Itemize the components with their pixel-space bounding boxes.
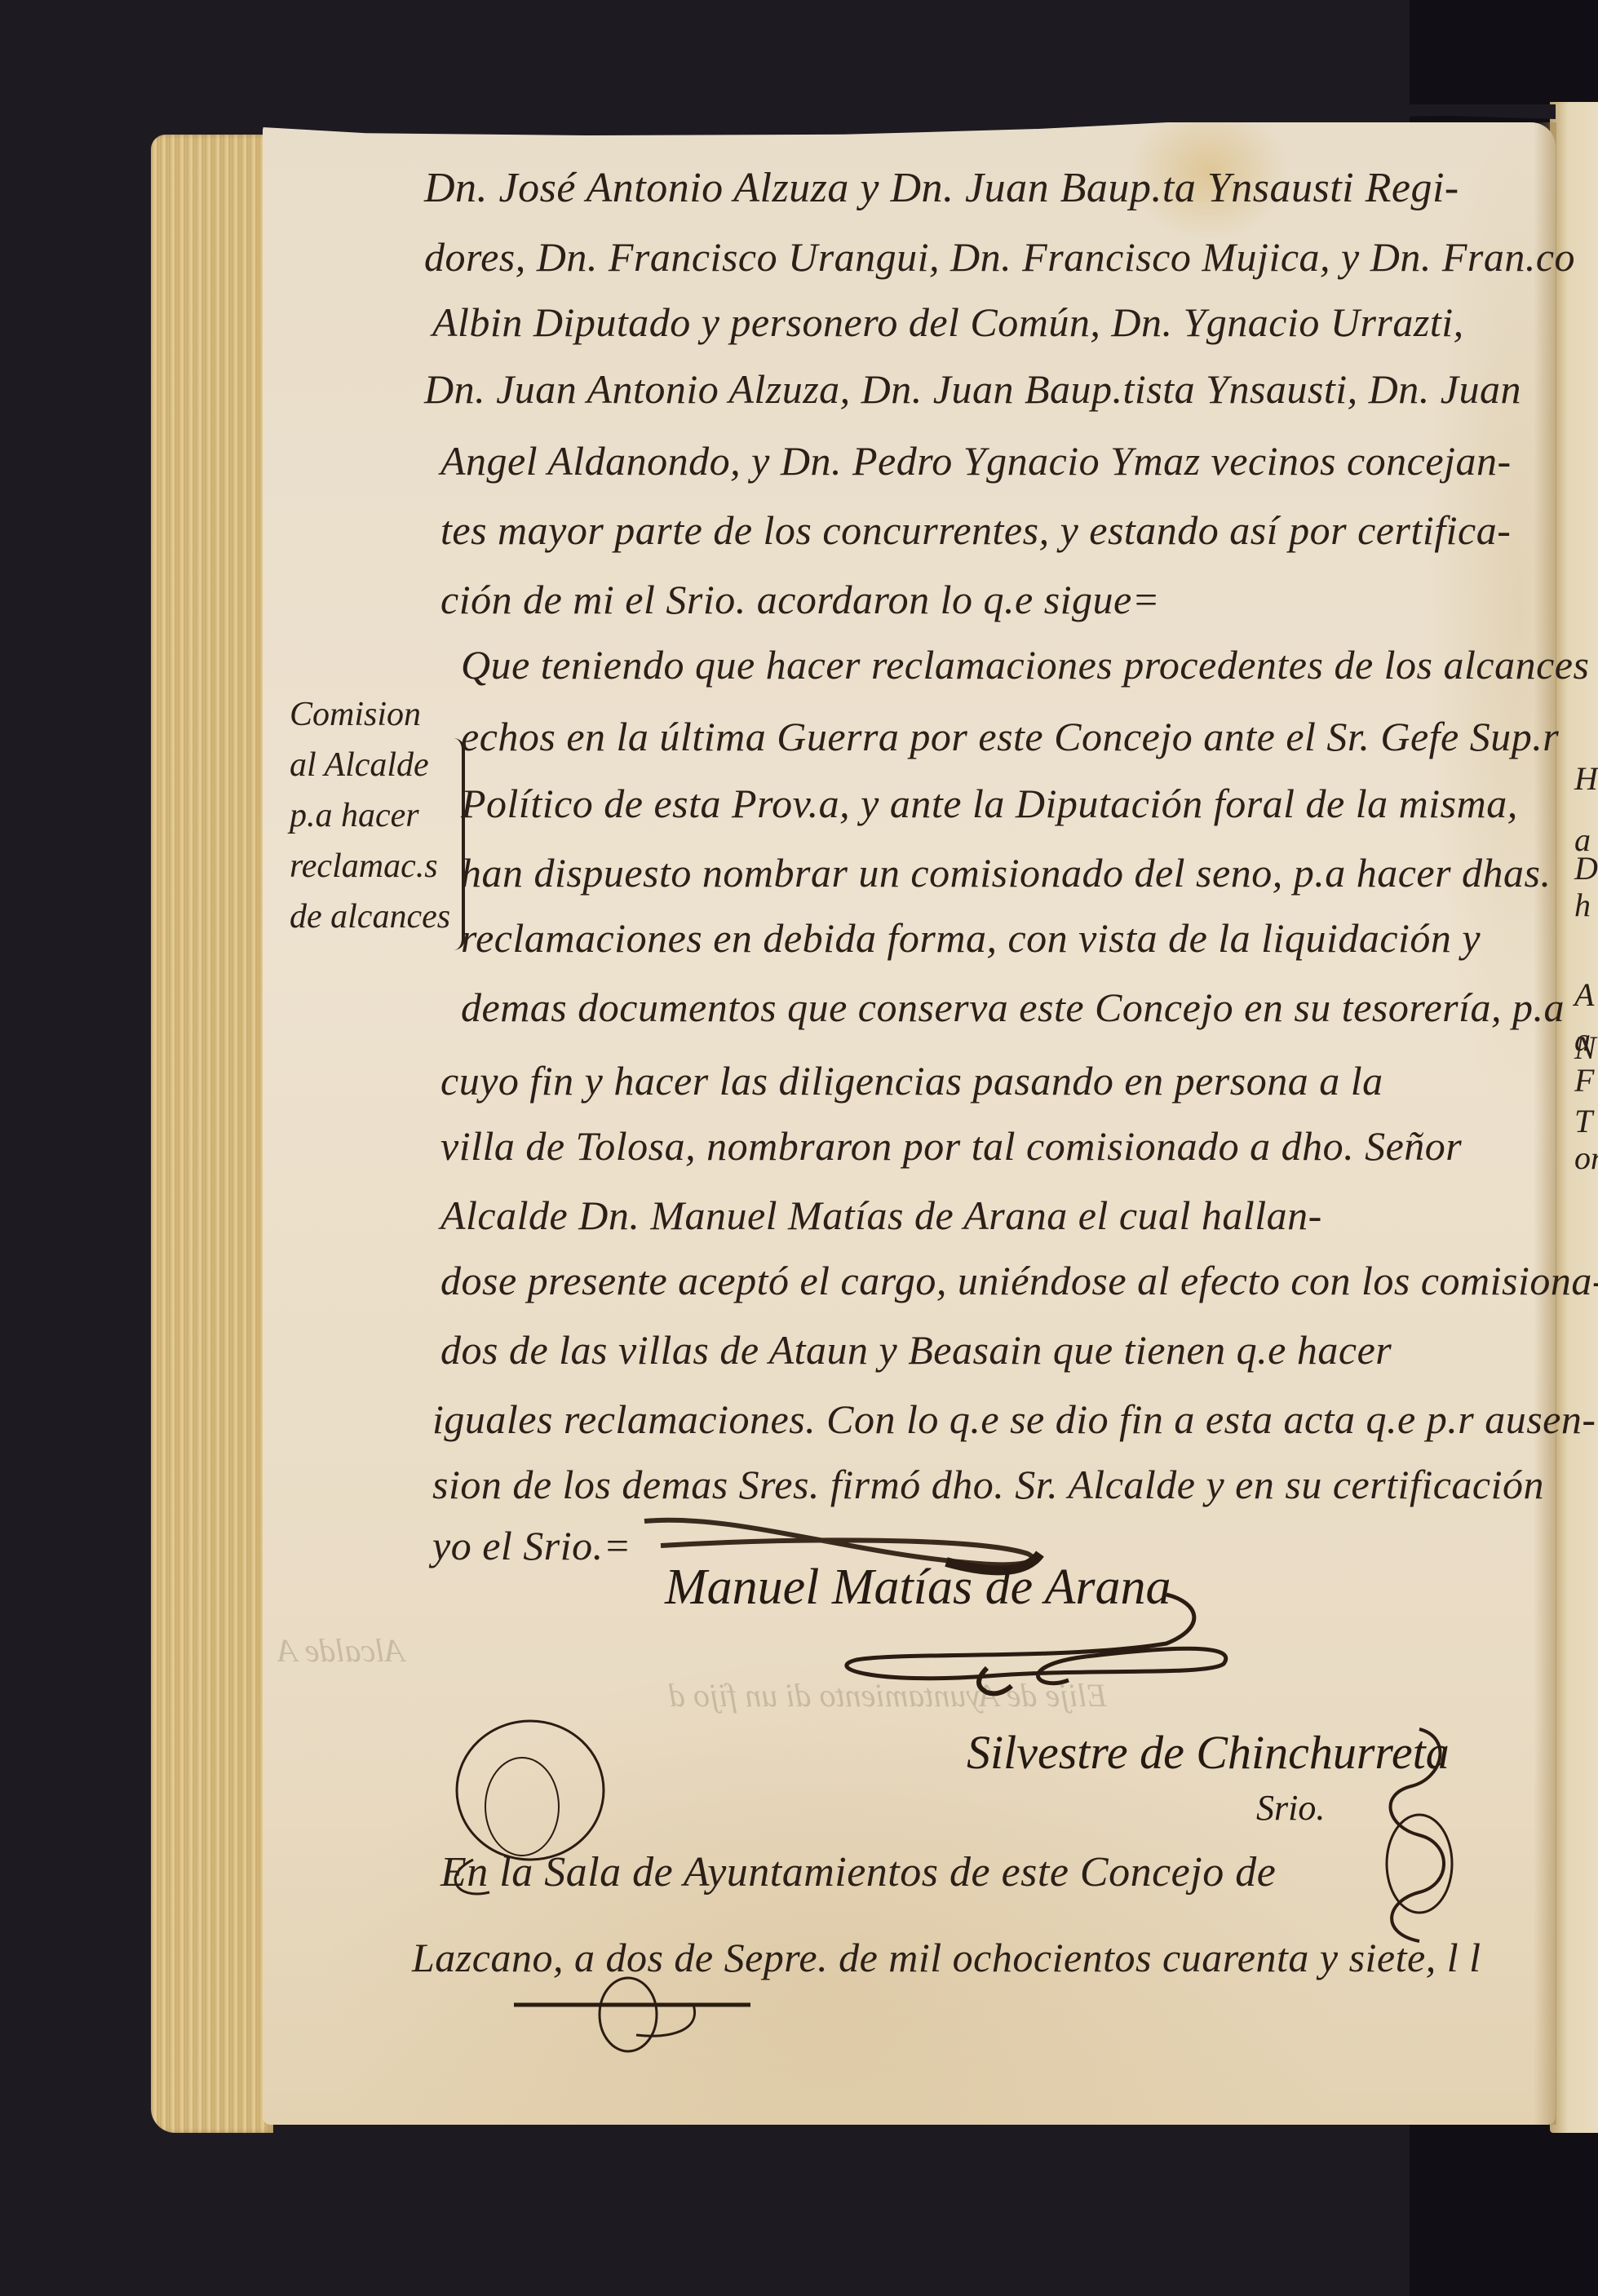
gutter-shadow bbox=[1534, 122, 1556, 2125]
margin-note-line: de alcances bbox=[290, 891, 453, 942]
text-line: reclamaciones en debida forma, con vista… bbox=[461, 918, 1481, 958]
book-page-edges bbox=[151, 135, 273, 2133]
text-line: Alcalde Dn. Manuel Matías de Arana el cu… bbox=[440, 1195, 1322, 1236]
margin-note-line: p.a hacer bbox=[290, 790, 453, 841]
next-entry-line: En la Sala de Ayuntamientos de este Conc… bbox=[440, 1851, 1276, 1894]
text-line: iguales reclamaciones. Con lo q.e se dio… bbox=[432, 1399, 1596, 1440]
adjacent-page-fragment: T bbox=[1574, 1105, 1592, 1138]
bleed-through-text: Alcalde A bbox=[277, 1631, 405, 1670]
adjacent-page-fragment: h bbox=[1574, 889, 1591, 922]
adjacent-page-fragment: on bbox=[1574, 1142, 1598, 1175]
text-line: Que teniendo que hacer reclamaciones pro… bbox=[461, 644, 1589, 685]
text-line: demas documentos que conserva este Conce… bbox=[461, 987, 1565, 1028]
text-line: Dn. José Antonio Alzuza y Dn. Juan Baup.… bbox=[424, 167, 1459, 210]
text-line: Angel Aldanondo, y Dn. Pedro Ygnacio Yma… bbox=[440, 440, 1512, 481]
margin-note-line: Comision bbox=[290, 689, 453, 740]
margin-note-line: al Alcalde bbox=[290, 740, 453, 790]
secretario-rubric bbox=[1362, 1721, 1468, 1949]
text-line: Político de esta Prov.a, y ante la Diput… bbox=[461, 783, 1518, 824]
text-line: dos de las villas de Ataun y Beasain que… bbox=[440, 1329, 1392, 1370]
text-line: dose presente aceptó el cargo, uniéndose… bbox=[440, 1260, 1598, 1301]
margin-note: Comision al Alcalde p.a hacer reclamac.s… bbox=[290, 689, 453, 942]
adjacent-page-fragment: A bbox=[1574, 979, 1594, 1011]
adjacent-page-fragment: D bbox=[1574, 852, 1598, 885]
text-line: han dispuesto nombrar un comisionado del… bbox=[461, 852, 1552, 893]
secretario-title: Srio. bbox=[1256, 1790, 1325, 1826]
text-line: villa de Tolosa, nombraron por tal comis… bbox=[440, 1126, 1462, 1166]
next-entry-line: Lazcano, a dos de Sepre. de mil ochocien… bbox=[412, 1937, 1481, 1978]
text-line: cuyo fin y hacer las diligencias pasando… bbox=[440, 1060, 1383, 1101]
text-line: Albin Diputado y personero del Común, Dn… bbox=[432, 302, 1464, 343]
adjacent-page-fragment: H bbox=[1574, 763, 1598, 795]
margin-note-line: reclamac.s bbox=[290, 841, 453, 891]
text-line: ción de mi el Srio. acordaron lo q.e sig… bbox=[440, 579, 1160, 620]
text-line: sion de los demas Sres. firmó dho. Sr. A… bbox=[432, 1464, 1544, 1505]
text-line: tes mayor parte de los concurrentes, y e… bbox=[440, 510, 1511, 551]
text-line: dores, Dn. Francisco Urangui, Dn. Franci… bbox=[424, 237, 1575, 277]
adjacent-page-fragment: F bbox=[1574, 1064, 1594, 1097]
signature-flourish bbox=[824, 1586, 1248, 1701]
text-line: yo el Srio.= bbox=[432, 1525, 631, 1566]
bottom-rubric bbox=[506, 1974, 750, 2064]
text-line: Dn. Juan Antonio Alzuza, Dn. Juan Baup.t… bbox=[424, 369, 1521, 409]
text-line: echos en la última Guerra por este Conce… bbox=[461, 716, 1559, 757]
adjacent-page-fragment: N bbox=[1574, 1032, 1596, 1064]
